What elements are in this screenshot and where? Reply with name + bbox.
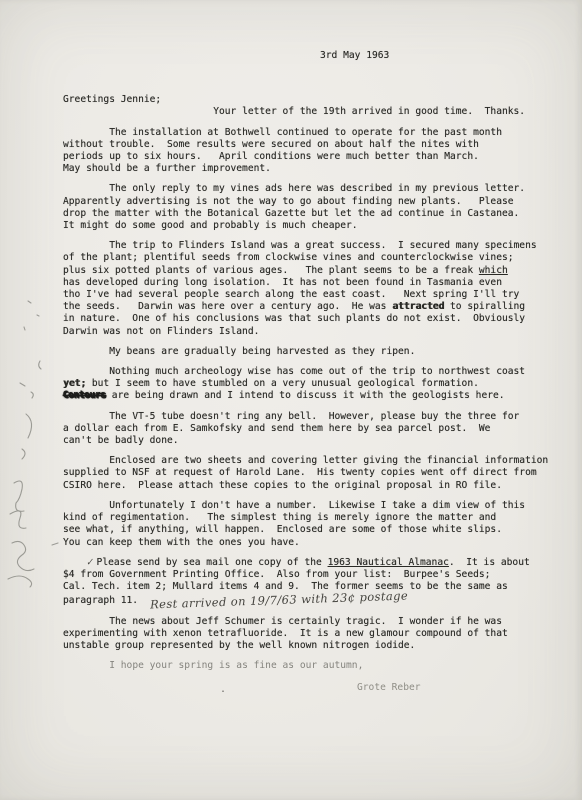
paragraph-archeology: Nothing much archeology wise has come ou… — [63, 366, 582, 403]
paragraph-vt5-tube: The VT-5 tube doesn't ring any bell. How… — [63, 411, 582, 448]
paragraph-almanac: ✓Please send by sea mail one copy of the… — [63, 557, 582, 608]
margin-pencil-marks-icon — [0, 265, 62, 610]
salutation: Greetings Jennie; Your letter of the 19t… — [63, 94, 582, 118]
archeology-text: Nothing much archeology wise has come ou… — [63, 366, 525, 377]
paragraph-regimentation: Unfortunately I don't have a number. Lik… — [63, 500, 582, 549]
underlined-word: which — [479, 265, 508, 276]
crossed-out-word: Contours — [63, 390, 106, 401]
archeology-text: but I seem to have stumbled on a very un… — [86, 378, 479, 389]
paragraph-vines-ad: The only reply to my vines ads here was … — [63, 183, 582, 232]
paragraph-flinders-island: The trip to Flinders Island was a great … — [63, 240, 582, 338]
paragraph-beans: My beans are gradually being harvested a… — [63, 346, 582, 358]
date-line: 3rd May 1963 — [320, 50, 582, 62]
closing-line: I hope your spring is as fine as our aut… — [63, 660, 582, 672]
flinders-text: The trip to Flinders Island was a great … — [63, 240, 537, 275]
almanac-text: Please send by sea mail one copy of the — [97, 557, 328, 568]
letter-page: 3rd May 1963 Greetings Jennie; Your lett… — [0, 0, 582, 800]
stray-dot-mark: . — [220, 684, 226, 696]
handwritten-check-icon: ✓ — [85, 556, 94, 569]
paragraph-enclosed-sheets: Enclosed are two sheets and covering let… — [63, 455, 582, 492]
underlined-title: 1963 Nautical Almanac — [328, 557, 449, 568]
paragraph-installation: The installation at Bothwell continued t… — [63, 127, 582, 176]
overstruck-word: attracted — [392, 301, 444, 312]
archeology-text: are being drawn and I intend to discuss … — [106, 390, 505, 401]
handwritten-annotation: Rest arrived on 19/7/63 with 23¢ postage — [150, 590, 408, 611]
overstruck-word: yet; — [63, 378, 86, 389]
paragraph-xenon-news: The news about Jeff Schumer is certainly… — [63, 616, 582, 653]
signature-name: Grote Reber — [357, 682, 582, 694]
